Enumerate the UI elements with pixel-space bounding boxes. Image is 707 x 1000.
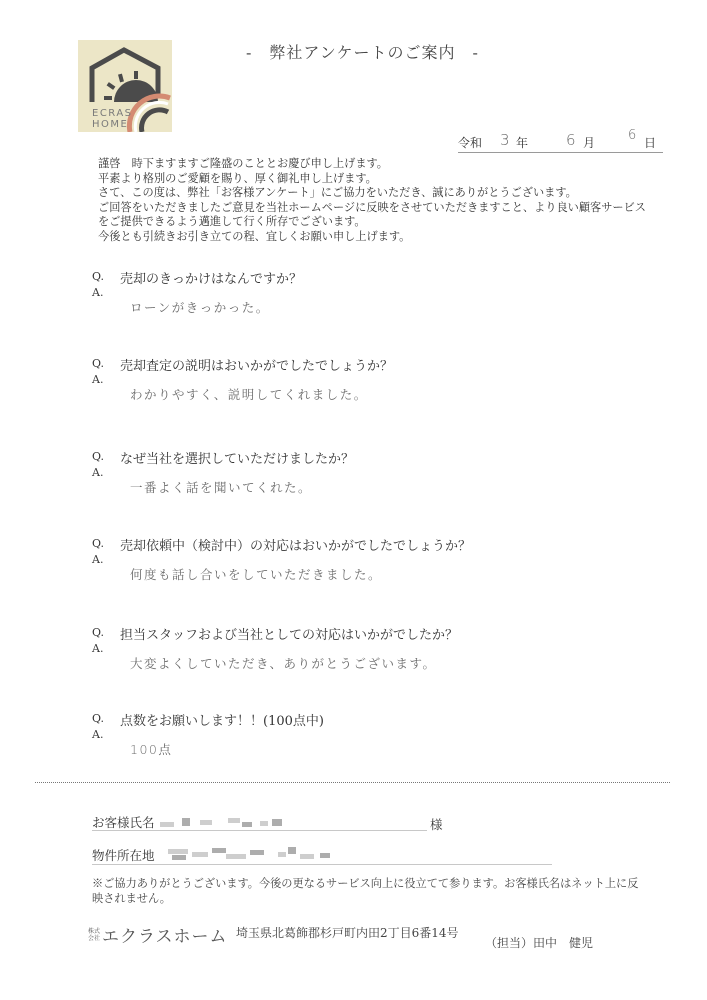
date-day-unit: 日: [644, 134, 656, 151]
privacy-note-line: ※ご協力ありがとうございます。今後の更なるサービス向上に役立てて参ります。お客様…: [92, 876, 662, 891]
privacy-note-line: 映されません。: [92, 891, 662, 906]
honorific-sama: 様: [430, 815, 443, 833]
q-label: Q.: [92, 624, 120, 643]
date-day: 6: [628, 128, 636, 143]
company-type-label: 株式 会社: [88, 928, 102, 942]
company-address: 埼玉県北葛飾郡杉戸町内田2丁目6番14号: [236, 924, 459, 941]
dotted-divider: [35, 782, 670, 783]
question-text: 売却のきっかけはなんですか？: [120, 268, 302, 287]
q-label: Q.: [92, 268, 120, 287]
answer-text: 一番よく話を聞いてくれた。: [130, 478, 312, 496]
intro-line: 謹啓 時下ますますご隆盛のこととお慶び申し上げます。: [98, 157, 668, 172]
answer-text: ローンがきっかった。: [130, 298, 270, 316]
customer-name-label: お客様氏名: [92, 813, 155, 831]
answer-text: 大変よくしていただき、ありがとうございます。: [130, 654, 437, 672]
date-year: 3: [500, 131, 510, 149]
qa-item-6: Q.点数をお願いします！！(100点中) A. 100点: [92, 710, 652, 741]
qa-item-2: Q.売却査定の説明はおいかがでしたでしょうか？ A. わかりやすく、説明してくれ…: [92, 355, 652, 386]
answer-text: わかりやすく、説明してくれました。: [130, 385, 368, 403]
date-era: 令和: [458, 134, 482, 151]
answer-text: 何度も話し合いをしていただきました。: [130, 565, 382, 583]
qa-item-3: Q.なぜ当社を選択していただけましたか？ A. 一番よく話を聞いてくれた。: [92, 448, 652, 479]
date-month: 6: [566, 131, 576, 149]
property-address-label: 物件所在地: [92, 846, 155, 864]
privacy-note: ※ご協力ありがとうございます。今後の更なるサービス向上に役立てて参ります。お客様…: [92, 876, 662, 906]
date-month-unit: 月: [583, 134, 595, 151]
answer-text: 100点: [130, 740, 172, 758]
question-text: 担当スタッフおよび当社としての対応はいかがでしたか？: [120, 624, 458, 643]
intro-line: さて、この度は、弊社「お客様アンケート」にご協力をいただき、誠にありがとうござい…: [98, 186, 668, 201]
property-address-underline: [92, 864, 552, 865]
a-label: A.: [92, 728, 652, 741]
customer-name-redacted: [160, 816, 360, 830]
property-address-redacted: [168, 846, 348, 862]
intro-line: 今後とも引続きお引き立ての程、宜しくお願い申し上げます。: [98, 230, 668, 245]
q-label: Q.: [92, 448, 120, 467]
question-text: 点数をお願いします！！(100点中): [120, 710, 324, 729]
company-logo: ECRAS HOME: [78, 40, 172, 132]
qa-item-1: Q.売却のきっかけはなんですか？ A. ローンがきっかった。: [92, 268, 652, 299]
question-text: 売却査定の説明はおいかがでしたでしょうか？: [120, 355, 393, 374]
staff-in-charge: （担当）田中 健児: [485, 934, 593, 951]
intro-letter: 謹啓 時下ますますご隆盛のこととお慶び申し上げます。 平素より格別のご愛顧を賜り…: [98, 157, 668, 245]
q-label: Q.: [92, 355, 120, 374]
q-label: Q.: [92, 710, 120, 729]
date-year-unit: 年: [516, 134, 528, 151]
intro-line: をご提供できるよう邁進して行く所存でございます。: [98, 215, 668, 230]
svg-text:HOME: HOME: [92, 119, 128, 130]
qa-item-4: Q.売却依頼中（検討中）の対応はおいかがでしたでしょうか？ A. 何度も話し合い…: [92, 535, 652, 566]
page-title: - 弊社アンケートのご案内 -: [246, 40, 479, 63]
company-block: 株式 会社 エクラスホーム: [88, 922, 228, 947]
intro-line: ご回答をいただきましたご意見を当社ホームページに反映をさせていただきますこと、よ…: [98, 201, 668, 216]
svg-text:ECRAS: ECRAS: [92, 108, 133, 119]
question-text: なぜ当社を選択していただけましたか？: [120, 448, 354, 467]
question-text: 売却依頼中（検討中）の対応はおいかがでしたでしょうか？: [120, 535, 471, 554]
house-sun-icon: ECRAS HOME: [78, 40, 172, 132]
date-field: 令和 3 年 6 月 6 日: [458, 130, 663, 153]
q-label: Q.: [92, 535, 120, 554]
intro-line: 平素より格別のご愛顧を賜り、厚く御礼申し上げます。: [98, 172, 668, 187]
customer-name-underline: [92, 830, 427, 831]
qa-item-5: Q.担当スタッフおよび当社としての対応はいかがでしたか？ A. 大変よくしていた…: [92, 624, 652, 655]
company-name: エクラスホーム: [102, 922, 228, 947]
